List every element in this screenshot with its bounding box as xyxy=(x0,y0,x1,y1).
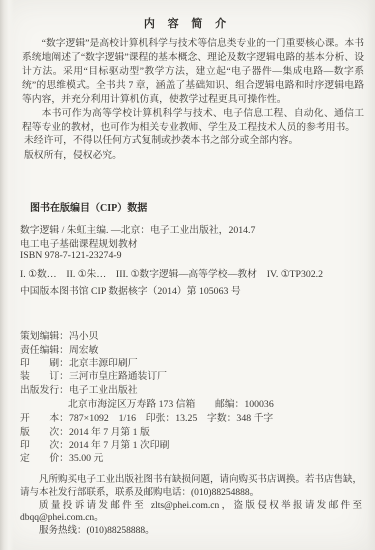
service-notice-paragraph-3: 服务热线：(010)88258888。 xyxy=(20,525,362,538)
intro-paragraph-2: 本书可作为高等学校计算机科学与技术、电子信息工程、自动化、通信工程等专业的教材，… xyxy=(22,107,364,135)
intro-title: 内 容 简 介 xyxy=(0,15,375,31)
format-line: 开 本：787×1092 1/16 印张：13.25 字数：348 千字 xyxy=(20,410,273,424)
copyright-notice-line-1: 未经许可，不得以任何方式复制或抄袭本书之部分或全部内容。 xyxy=(24,133,355,148)
book-copyright-page: 内 容 简 介 “数字逻辑”是高校计算机科学与技术等信息类专业的一门重要核心课。… xyxy=(0,0,375,550)
edition-line: 版 次：2014 年 7 月第 1 版 xyxy=(20,424,150,438)
cip-series-line: 电工电子基础课程规划教材 xyxy=(20,236,138,250)
executive-editor-line: 责任编辑：周宏敏 xyxy=(20,342,98,356)
printing-line: 印 次：2014 年 7 月第 1 次印刷 xyxy=(20,437,169,451)
publisher-line: 出版发行：电子工业出版社 xyxy=(20,382,138,396)
planning-editor-line: 策划编辑：冯小贝 xyxy=(20,328,98,342)
cip-classification: I. ①数… II. ①朱… III. ①数字逻辑—高等学校—教材 IV. ①T… xyxy=(20,266,323,280)
copyright-notice-line-2: 版权所有，侵权必究。 xyxy=(24,148,355,163)
cip-title-line: 数字逻辑 / 朱虹主编. —北京：电子工业出版社，2014.7 xyxy=(20,222,255,236)
price-line: 定 价：35.00 元 xyxy=(20,450,103,464)
cip-record-number: 中国版本图书馆 CIP 数据核字（2014）第 105063 号 xyxy=(20,283,241,297)
cip-isbn: ISBN 978-7-121-23274-9 xyxy=(20,250,122,261)
copyright-notice: 未经许可，不得以任何方式复制或抄袭本书之部分或全部内容。 版权所有，侵权必究。 xyxy=(24,133,355,163)
service-notice-paragraph-2: 质量投诉请发邮件至 zlts@phei.com.cn，盗版侵权举报请发邮件至 d… xyxy=(20,500,362,526)
intro-section: “数字逻辑”是高校计算机科学与技术等信息类专业的一门重要核心课。本书系统地阐述了… xyxy=(22,37,364,135)
printer-line: 印 刷：北京丰源印刷厂 xyxy=(20,355,138,369)
cip-header: 图书在版编目（CIP）数据 xyxy=(30,199,147,214)
service-notice-paragraph-1: 凡所购买电子工业出版社图书有缺损问题，请向购买书店调换。若书店售缺，请与本社发行… xyxy=(20,474,362,500)
binder-line: 装 订：三河市皇庄路通装订厂 xyxy=(20,368,167,382)
service-notice: 凡所购买电子工业出版社图书有缺损问题，请向购买书店调换。若书店售缺，请与本社发行… xyxy=(20,474,362,538)
publisher-address-line: 北京市海淀区万寿路 173 信箱 邮编：100036 xyxy=(68,396,274,410)
intro-paragraph-1: “数字逻辑”是高校计算机科学与技术等信息类专业的一门重要核心课。本书系统地阐述了… xyxy=(22,37,364,107)
